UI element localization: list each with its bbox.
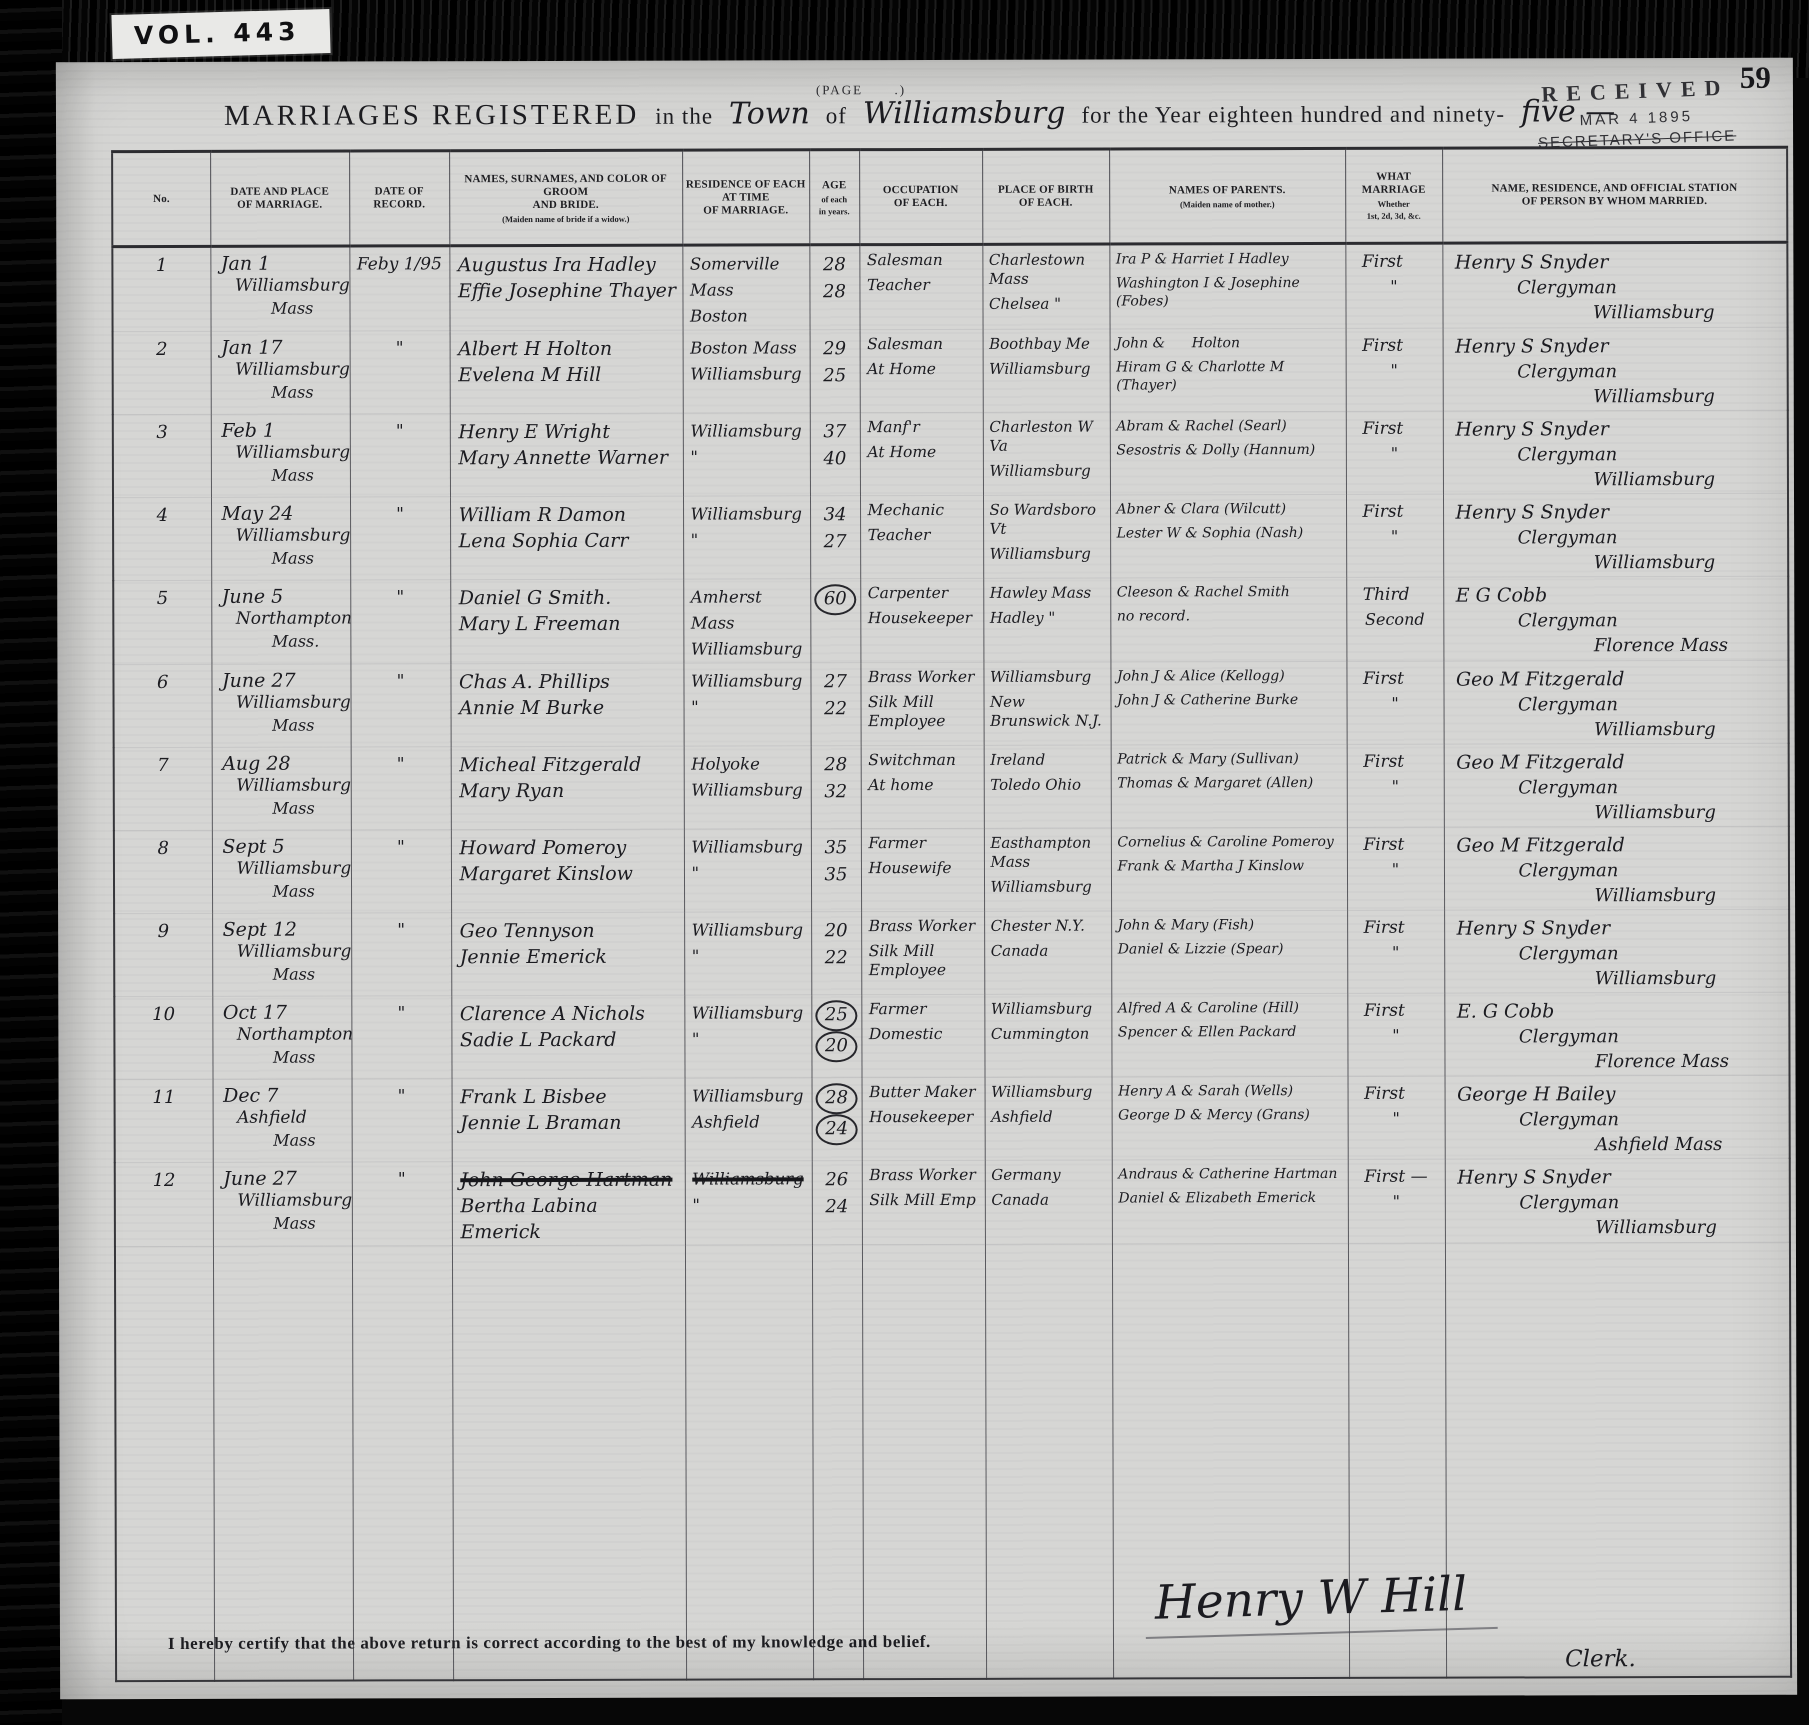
record-number-cell: 11: [115, 1079, 213, 1162]
bride-marriage-number: ": [1348, 442, 1440, 466]
marriage-place: Ashfield: [215, 1107, 349, 1130]
officiant-name: E G Cobb: [1446, 582, 1786, 609]
clerk-title: Clerk.: [1565, 1646, 1636, 1672]
officiant-cell: Henry S Snyder Clergyman Williamsburg: [1445, 1158, 1790, 1243]
bride-name: Jennie Emerick: [454, 944, 682, 971]
birthplace-cell: Hawley Mass Hadley ": [983, 578, 1110, 662]
bride-residence: ": [686, 694, 808, 720]
officiant-title: Clergyman: [1446, 858, 1786, 884]
record-number: 4: [116, 503, 209, 528]
bride-occupation: Silk Mill Employee: [863, 693, 981, 731]
record-date: ": [353, 585, 448, 610]
officiant-name: Henry S Snyder: [1445, 333, 1785, 360]
age-cell: 28 24: [812, 1078, 862, 1161]
groom-birthplace: Hawley Mass: [986, 584, 1108, 603]
marriage-date: May 24: [214, 503, 348, 525]
bride-residence: ": [687, 1192, 809, 1218]
scan-edge-left: [0, 0, 62, 1725]
marriage-place-state: Mass: [215, 881, 349, 903]
marriage-place-state: Mass: [214, 798, 348, 820]
groom-occupation: Manf'r: [862, 418, 980, 437]
officiant-name: Henry S Snyder: [1447, 915, 1787, 942]
age-cell: 28 28: [809, 245, 859, 330]
record-number-cell: 8: [114, 830, 212, 913]
birthplace-cell: Charlestown Mass Chelsea ": [982, 244, 1109, 329]
what-marriage-cell: First ": [1346, 411, 1443, 494]
groom-occupation: Carpenter: [863, 584, 981, 603]
what-marriage-cell: First ": [1347, 993, 1444, 1076]
record-date-cell: ": [351, 996, 451, 1079]
table-row: 4 May 24 Williamsburg Mass " William R D…: [113, 493, 1788, 580]
record-date: ": [353, 502, 448, 527]
parents-cell: John J & Alice (Kellogg) John J & Cather…: [1110, 661, 1346, 745]
groom-name: Chas A. Phillips: [453, 669, 681, 696]
groom-name: William R Damon: [453, 502, 681, 529]
record-date: ": [354, 1001, 449, 1026]
occupation-cell: Butter Maker Housekeeper: [862, 1077, 985, 1160]
bride-occupation: Silk Mill Emp: [864, 1191, 982, 1210]
groom-marriage-number: Third: [1349, 583, 1441, 608]
names-cell: Geo Tennyson Jennie Emerick: [451, 912, 684, 996]
bride-residence: Williamsburg: [686, 636, 808, 662]
officiant-cell: Henry S Snyder Clergyman Williamsburg: [1443, 493, 1788, 577]
groom-birthplace: Williamsburg: [987, 1000, 1109, 1019]
occupation-cell: Carpenter Housekeeper: [860, 578, 983, 662]
bride-name: Mary Ryan: [453, 778, 681, 805]
record-date-cell: ": [351, 913, 451, 996]
groom-parents: Cornelius & Caroline Pomeroy: [1113, 833, 1344, 852]
record-date: ": [352, 419, 447, 444]
bride-residence: ": [685, 444, 807, 470]
marriage-date: Sept 12: [215, 919, 349, 941]
groom-marriage-number: First: [1348, 250, 1440, 275]
groom-residence: Williamsburg: [686, 668, 808, 694]
groom-parents: Ira P & Harriet I Hadley: [1112, 250, 1343, 269]
table-row: 10 Oct 17 Northampton Mass " Clarence A …: [114, 992, 1789, 1079]
officiant-cell: Geo M Fitzgerald Clergyman Williamsburg: [1444, 826, 1789, 910]
col-header-names: NAMES, SURNAMES, AND COLOR OF GROOMAND B…: [449, 150, 682, 246]
officiant-name: Geo M Fitzgerald: [1446, 832, 1786, 859]
bride-name: Sadie L Packard: [454, 1027, 682, 1054]
bride-birthplace: Williamsburg: [985, 462, 1107, 481]
marriage-place: Williamsburg: [214, 858, 348, 881]
bride-age: 25: [823, 365, 846, 386]
officiant-name: Henry S Snyder: [1447, 1164, 1787, 1191]
bride-age: 35: [825, 864, 848, 885]
officiant-residence: Williamsburg: [1445, 300, 1785, 326]
table-row: 5 June 5 Northampton Mass. " Daniel G Sm…: [113, 576, 1788, 664]
groom-parents: John J & Alice (Kellogg): [1113, 667, 1344, 686]
bride-marriage-number: ": [1349, 692, 1441, 716]
marriage-date: Aug 28: [214, 753, 348, 775]
birthplace-cell: Williamsburg Cummington: [984, 994, 1111, 1077]
table-row: 3 Feb 1 Williamsburg Mass " Henry E Wrig…: [113, 410, 1788, 497]
residence-cell: Williamsburg ": [685, 1161, 812, 1245]
residence-cell: Williamsburg ": [684, 995, 811, 1078]
bride-birthplace: New Brunswick N.J.: [986, 693, 1108, 731]
age-cell: 28 32: [811, 746, 861, 829]
groom-birthplace: Williamsburg: [986, 668, 1108, 687]
groom-marriage-number: First —: [1350, 1165, 1442, 1190]
marriage-place-state: Mass: [213, 382, 347, 404]
officiant-cell: Geo M Fitzgerald Clergyman Williamsburg: [1444, 743, 1789, 827]
occupation-cell: Mechanic Teacher: [860, 495, 983, 578]
parents-cell: Henry A & Sarah (Wells) George D & Mercy…: [1112, 1076, 1348, 1160]
record-date-cell: ": [350, 414, 450, 497]
groom-age: 34: [824, 504, 847, 525]
marriage-place-state: Mass: [213, 465, 347, 487]
marriage-date: Feb 1: [213, 420, 347, 442]
page-number: 59: [1740, 60, 1771, 96]
title-printed-3: of: [826, 103, 847, 129]
marriage-place: Williamsburg: [213, 442, 347, 465]
groom-residence: Williamsburg: [686, 834, 808, 860]
date-place-cell: Feb 1 Williamsburg Mass: [211, 414, 350, 497]
groom-residence: Amherst Mass: [686, 584, 808, 636]
groom-birthplace: Germany: [987, 1166, 1109, 1185]
parents-cell: Cornelius & Caroline Pomeroy Frank & Mar…: [1111, 827, 1347, 911]
col-header-officiant: NAME, RESIDENCE, AND OFFICIAL STATIONOF …: [1442, 147, 1787, 243]
officiant-cell: Henry S Snyder Clergyman Williamsburg: [1443, 327, 1788, 411]
date-place-cell: Oct 17 Northampton Mass: [212, 996, 351, 1079]
bride-occupation: At Home: [862, 360, 980, 379]
bride-birthplace: Hadley ": [986, 609, 1108, 628]
officiant-title: Clergyman: [1446, 692, 1786, 718]
marriage-date: June 27: [215, 1168, 349, 1190]
age-cell: 34 27: [810, 496, 860, 579]
age-cell: 35 35: [811, 829, 861, 912]
officiant-cell: E G Cobb Clergyman Florence Mass: [1443, 576, 1788, 661]
officiant-residence: Ashfield Mass: [1447, 1132, 1787, 1158]
residence-cell: Williamsburg ": [683, 413, 810, 496]
record-number: 5: [116, 586, 209, 611]
officiant-title: Clergyman: [1447, 941, 1787, 967]
table-row: 12 June 27 Williamsburg Mass " John Geor…: [115, 1158, 1790, 1246]
groom-occupation: Switchman: [863, 751, 981, 770]
bride-parents: John J & Catherine Burke: [1113, 691, 1344, 710]
bride-age: 27: [824, 531, 847, 552]
officiant-title: Clergyman: [1445, 442, 1785, 468]
names-cell: Micheal Fitzgerald Mary Ryan: [451, 746, 684, 830]
what-marriage-cell: First ": [1347, 827, 1444, 910]
names-cell: Clarence A Nichols Sadie L Packard: [451, 995, 684, 1079]
occupation-cell: Farmer Domestic: [861, 994, 984, 1077]
officiant-cell: Henry S Snyder Clergyman Williamsburg: [1443, 410, 1788, 494]
bride-parents: no record.: [1113, 607, 1344, 626]
groom-name: Geo Tennyson: [454, 918, 682, 945]
record-date: ": [353, 669, 448, 694]
officiant-residence: Williamsburg: [1446, 550, 1786, 576]
marriage-place: Williamsburg: [213, 275, 347, 298]
residence-cell: Holyoke Williamsburg: [684, 746, 811, 829]
bride-age: 22: [824, 698, 847, 719]
officiant-residence: Williamsburg: [1446, 717, 1786, 743]
bride-parents: Frank & Martha J Kinslow: [1113, 857, 1344, 876]
bride-marriage-number: ": [1349, 775, 1441, 799]
volume-label: VOL. 443: [111, 9, 331, 59]
names-cell: Henry E Wright Mary Annette Warner: [450, 413, 683, 497]
record-number-cell: 10: [114, 996, 212, 1079]
groom-occupation: Salesman: [862, 335, 980, 354]
age-cell: 26 24: [812, 1161, 862, 1245]
bride-occupation: Housewife: [863, 859, 981, 878]
groom-residence: Williamsburg: [685, 418, 807, 444]
bride-occupation: At Home: [862, 443, 980, 462]
bride-marriage-number: ": [1350, 1190, 1442, 1214]
groom-birthplace: Charleston W Va: [985, 418, 1107, 456]
birthplace-cell: Williamsburg Ashfield: [985, 1077, 1112, 1160]
groom-occupation: Butter Maker: [864, 1083, 982, 1102]
groom-name: Clarence A Nichols: [454, 1001, 682, 1028]
table-row: 1 Jan 1 Williamsburg Mass Feby 1/95 Augu…: [112, 242, 1787, 331]
marriage-place-state: Mass.: [214, 631, 348, 653]
groom-residence: Holyoke: [686, 751, 808, 777]
date-place-cell: May 24 Williamsburg Mass: [211, 497, 350, 580]
groom-age: 27: [824, 671, 847, 692]
bride-marriage-number: ": [1350, 1024, 1442, 1048]
what-marriage-cell: First ": [1347, 910, 1444, 993]
what-marriage-cell: First ": [1346, 328, 1443, 411]
bride-occupation: Domestic: [864, 1025, 982, 1044]
groom-occupation: Mechanic: [863, 501, 981, 520]
col-header-occupation: OCCUPATIONOF EACH.: [859, 149, 982, 244]
what-marriage-cell: First ": [1346, 494, 1443, 577]
groom-name: Micheal Fitzgerald: [453, 752, 681, 779]
groom-parents: Abner & Clara (Wilcutt): [1113, 500, 1344, 519]
birthplace-cell: Easthampton Mass Williamsburg: [984, 828, 1111, 911]
officiant-residence: Williamsburg: [1446, 800, 1786, 826]
occupation-cell: Salesman At Home: [860, 329, 983, 412]
table-row: 8 Sept 5 Williamsburg Mass " Howard Pome…: [114, 826, 1789, 913]
groom-birthplace: Easthampton Mass: [986, 834, 1108, 872]
date-place-cell: Jan 1 Williamsburg Mass: [210, 246, 349, 331]
marriage-place-state: Mass: [214, 548, 348, 570]
date-place-cell: June 27 Williamsburg Mass: [211, 664, 350, 747]
bride-name: Lena Sophia Carr: [453, 528, 681, 555]
record-date-cell: ": [350, 580, 450, 664]
bride-parents: George D & Mercy (Grans): [1114, 1106, 1345, 1125]
date-place-cell: June 5 Northampton Mass.: [211, 580, 350, 664]
bride-name: Bertha Labina Emerick: [454, 1193, 682, 1246]
bride-birthplace: Williamsburg: [985, 360, 1107, 379]
bride-name: Mary Annette Warner: [452, 445, 680, 472]
officiant-name: Geo M Fitzgerald: [1446, 666, 1786, 693]
col-header-residence: RESIDENCE OF EACHAT TIMEOF MARRIAGE.: [682, 150, 809, 245]
bride-birthplace: Canada: [987, 942, 1109, 961]
parents-cell: Patrick & Mary (Sullivan) Thomas & Marga…: [1111, 744, 1347, 828]
groom-parents: Patrick & Mary (Sullivan): [1113, 750, 1344, 769]
record-number-cell: 2: [113, 331, 211, 414]
title-printed-1: MARRIAGES REGISTERED: [224, 99, 639, 133]
names-cell: Albert H Holton Evelena M Hill: [450, 330, 683, 414]
bride-parents: Hiram G & Charlotte M (Thayer): [1112, 358, 1343, 395]
clerk-signature: Henry W Hill: [1144, 1566, 1498, 1639]
marriage-place: Williamsburg: [213, 359, 347, 382]
parents-cell: Ira P & Harriet I Hadley Washington I & …: [1109, 243, 1345, 329]
marriage-place: Williamsburg: [214, 525, 348, 548]
bride-birthplace: Ashfield: [987, 1108, 1109, 1127]
birthplace-cell: Germany Canada: [985, 1160, 1112, 1244]
groom-parents: Alfred A & Caroline (Hill): [1114, 999, 1345, 1018]
groom-residence: Williamsburg: [687, 1000, 809, 1026]
parents-cell: Andraus & Catherine Hartman Daniel & Eli…: [1112, 1159, 1348, 1244]
groom-name: Albert H Holton: [452, 336, 680, 363]
groom-name: John George Hartman: [454, 1167, 682, 1194]
officiant-title: Clergyman: [1446, 775, 1786, 801]
bride-occupation: Teacher: [863, 526, 981, 545]
groom-occupation: Salesman: [862, 251, 980, 270]
record-number: 2: [116, 337, 209, 362]
bride-occupation: Teacher: [862, 276, 980, 295]
col-header-date-place: DATE AND PLACEOF MARRIAGE.: [210, 151, 349, 246]
record-date: ": [353, 835, 448, 860]
occupation-cell: Brass Worker Silk Mill Employee: [861, 911, 984, 994]
birthplace-cell: Boothbay Me Williamsburg: [983, 329, 1110, 412]
groom-marriage-number: First: [1348, 334, 1440, 359]
age-cell: 20 22: [811, 912, 861, 995]
groom-marriage-number: First: [1349, 750, 1441, 775]
marriage-date: Jan 1: [213, 253, 347, 275]
officiant-name: Henry S Snyder: [1445, 416, 1785, 443]
record-number: 3: [116, 420, 209, 445]
empty-row: [115, 1242, 1791, 1681]
groom-residence: Williamsburg: [687, 1166, 809, 1192]
marriage-date: Sept 5: [214, 836, 348, 858]
groom-birthplace: Boothbay Me: [985, 335, 1107, 354]
bride-age: 24: [825, 1196, 848, 1217]
record-number: 12: [118, 1168, 211, 1193]
record-number-cell: 12: [115, 1162, 213, 1246]
groom-marriage-number: First: [1350, 999, 1442, 1024]
officiant-residence: Williamsburg: [1447, 966, 1787, 992]
record-date-cell: ": [352, 1079, 452, 1162]
record-number-cell: 1: [112, 246, 210, 331]
what-marriage-cell: First ": [1346, 661, 1443, 744]
groom-name: Augustus Ira Hadley: [452, 252, 680, 279]
record-date-cell: ": [350, 664, 450, 747]
groom-occupation: Farmer: [864, 1000, 982, 1019]
officiant-name: George H Bailey: [1447, 1081, 1787, 1108]
what-marriage-cell: First ": [1347, 744, 1444, 827]
title-printed-4: for the Year eighteen hundred and ninety…: [1081, 101, 1505, 128]
bride-age: 20: [815, 1031, 857, 1062]
bride-occupation: Housekeeper: [864, 1108, 982, 1127]
groom-birthplace: Charlestown Mass: [985, 251, 1107, 289]
col-header-no: No.: [112, 151, 210, 246]
groom-residence: Williamsburg: [687, 917, 809, 943]
record-number-cell: 9: [114, 913, 212, 996]
officiant-title: Clergyman: [1447, 1190, 1787, 1216]
occupation-cell: Manf'r At Home: [860, 412, 983, 495]
marriage-date: June 5: [214, 586, 348, 608]
bride-parents: Daniel & Lizzie (Spear): [1114, 940, 1345, 959]
bride-marriage-number: ": [1348, 359, 1440, 383]
age-cell: 27 22: [810, 663, 860, 746]
names-cell: Daniel G Smith. Mary L Freeman: [450, 579, 683, 664]
groom-age: 60: [814, 584, 856, 615]
groom-occupation: Brass Worker: [864, 917, 982, 936]
officiant-cell: Henry S Snyder Clergyman Williamsburg: [1444, 909, 1789, 993]
bride-parents: Thomas & Margaret (Allen): [1113, 774, 1344, 793]
bride-residence: ": [686, 527, 808, 553]
groom-residence: Williamsburg: [686, 501, 808, 527]
groom-occupation: Brass Worker: [863, 668, 981, 687]
col-header-what-marriage: WHAT MARRIAGEWhether1st, 2d, 3d, &c.: [1345, 148, 1442, 243]
col-header-date-record: DATE OFRECORD.: [349, 151, 449, 246]
groom-occupation: Farmer: [863, 834, 981, 853]
record-date-cell: ": [350, 497, 450, 580]
record-number-cell: 6: [113, 664, 211, 747]
record-number: 11: [118, 1085, 211, 1110]
groom-name: Howard Pomeroy: [453, 835, 681, 862]
record-date: ": [353, 752, 448, 777]
record-number: 1: [115, 253, 208, 278]
table-row: 9 Sept 12 Williamsburg Mass " Geo Tennys…: [114, 909, 1789, 996]
parents-cell: John & Holton Hiram G & Charlotte M (Tha…: [1110, 328, 1346, 412]
bride-name: Evelena M Hill: [452, 362, 680, 389]
marriage-place-state: Mass: [215, 1213, 349, 1235]
bride-marriage-number: ": [1348, 275, 1440, 299]
officiant-cell: Geo M Fitzgerald Clergyman Williamsburg: [1443, 660, 1788, 744]
groom-parents: Abram & Rachel (Searl): [1112, 417, 1343, 436]
officiant-title: Clergyman: [1447, 1024, 1787, 1050]
officiant-residence: Williamsburg: [1445, 467, 1785, 493]
birthplace-cell: Williamsburg New Brunswick N.J.: [983, 662, 1110, 745]
bride-parents: Washington I & Josephine (Fobes): [1112, 274, 1343, 311]
bride-occupation: Housekeeper: [863, 609, 981, 628]
groom-marriage-number: First: [1348, 417, 1440, 442]
groom-age: 20: [825, 920, 848, 941]
parents-cell: Abram & Rachel (Searl) Sesostris & Dolly…: [1110, 411, 1346, 495]
title-handwritten-town: Town: [729, 96, 810, 131]
record-number: 9: [117, 919, 210, 944]
officiant-residence: Williamsburg: [1447, 1215, 1787, 1241]
groom-birthplace: Ireland: [986, 751, 1108, 770]
groom-marriage-number: First: [1350, 916, 1442, 941]
date-place-cell: Sept 12 Williamsburg Mass: [212, 913, 351, 996]
officiant-title: Clergyman: [1447, 1107, 1787, 1133]
bride-residence: ": [687, 1026, 809, 1052]
bride-birthplace: Williamsburg: [986, 545, 1108, 564]
groom-parents: Andraus & Catherine Hartman: [1114, 1165, 1345, 1184]
bride-birthplace: Chelsea ": [985, 295, 1107, 314]
record-number: 6: [116, 670, 209, 695]
register-page: 59 RECEIVED MAR 4 1895 SECRETARY'S OFFIC…: [56, 58, 1797, 1700]
birthplace-cell: Chester N.Y. Canada: [984, 911, 1111, 994]
names-cell: Frank L Bisbee Jennie L Braman: [452, 1078, 685, 1162]
groom-marriage-number: First: [1350, 1082, 1442, 1107]
record-date-cell: ": [351, 830, 451, 913]
record-number-cell: 4: [113, 497, 211, 580]
officiant-cell: Henry S Snyder Clergyman Williamsburg: [1442, 242, 1787, 328]
bride-occupation: Silk Mill Employee: [864, 942, 982, 980]
bride-parents: Sesostris & Dolly (Hannum): [1112, 441, 1343, 460]
register-table: No. DATE AND PLACEOF MARRIAGE. DATE OFRE…: [111, 146, 1792, 1682]
record-date: ": [352, 336, 447, 361]
groom-age: 35: [824, 837, 847, 858]
groom-name: Daniel G Smith.: [453, 585, 681, 612]
groom-age: 28: [816, 1083, 858, 1114]
record-number: 8: [117, 836, 210, 861]
groom-birthplace: Williamsburg: [987, 1083, 1109, 1102]
marriage-place-state: Mass: [214, 715, 348, 737]
names-cell: Chas A. Phillips Annie M Burke: [450, 663, 683, 747]
names-cell: John George Hartman Bertha Labina Emeric…: [452, 1161, 685, 1246]
parents-cell: Abner & Clara (Wilcutt) Lester W & Sophi…: [1110, 494, 1346, 578]
groom-age: 28: [824, 754, 847, 775]
marriage-place: Williamsburg: [214, 692, 348, 715]
groom-parents: John & Holton: [1112, 334, 1343, 353]
